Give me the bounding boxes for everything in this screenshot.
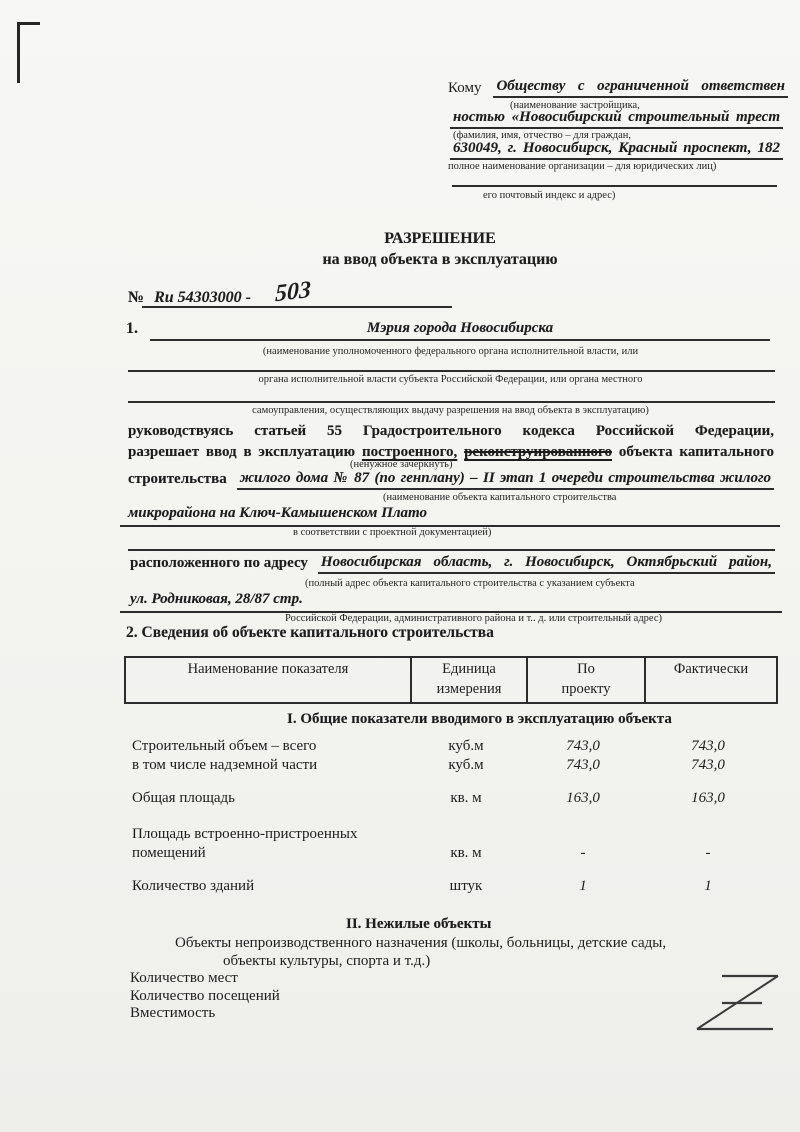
part2-subheading-1: Объекты непроизводственного назначения (…: [175, 935, 666, 952]
document-title: РАЗРЕШЕНИЕ на ввод объекта в эксплуатаци…: [80, 228, 800, 270]
number-printed: Ru 54303000 -: [154, 289, 251, 306]
row-unit: штук: [408, 877, 524, 896]
row-unit: куб.м: [408, 756, 524, 775]
table-header-project: По проекту: [526, 658, 644, 702]
row-unit: куб.м: [408, 737, 524, 756]
recipient-blank-line: [452, 185, 777, 187]
object-hint-2: в соответствии с проектной документацией…: [293, 527, 491, 538]
row-name: Общая площадь: [124, 789, 408, 808]
part1-heading: I. Общие показатели вводимого в эксплуат…: [287, 711, 672, 728]
object-name-line-2: микрорайона на Ключ-Камышенском Плато: [120, 505, 780, 527]
document-page: Кому Обществу с ограниченной ответствен …: [0, 0, 800, 1132]
section1-hint-2: органа исполнительной власти субъекта Ро…: [128, 374, 773, 385]
table-row: Строительный объем – всего куб.м 743,0 7…: [124, 737, 774, 756]
section1-hint-1: (наименование уполномоченного федерально…: [128, 346, 773, 357]
part2-subheading-2: объекты культуры, спорта и т.д.): [223, 953, 430, 970]
row-actual-value: 163,0: [642, 789, 774, 808]
table-header-name: Наименование показателя: [126, 658, 410, 702]
construction-line: строительства жилого дома № 87 (по генпл…: [128, 470, 774, 490]
construction-label: строительства: [128, 471, 227, 490]
part2-items: Количество мест Количество посещений Вме…: [130, 970, 280, 1023]
object-hint-1: (наименование объекта капитального строи…: [383, 492, 616, 503]
title-line-2: на ввод объекта в эксплуатацию: [80, 249, 800, 270]
address-hint-2: Российской Федерации, административного …: [285, 613, 662, 624]
row-unit: кв. м: [408, 789, 524, 808]
recipient-line-1: Кому Обществу с ограниченной ответствен: [448, 78, 788, 98]
address-line-1: расположенного по адресу Новосибирская о…: [130, 554, 775, 574]
permit-number-line: № Ru 54303000 - 503: [128, 283, 311, 307]
recipient-name-part1: Обществу с ограниченной ответствен: [493, 78, 788, 98]
permit-paragraph: руководствуясь статьей 55 Градостроитель…: [128, 421, 774, 463]
row-project-value: 743,0: [524, 737, 642, 756]
reconstructed-word-struck: реконструированного: [464, 444, 612, 460]
address-value-1: Новосибирская область, г. Новосибирск, О…: [318, 554, 775, 574]
number-handwritten: 503: [275, 278, 311, 307]
row-actual-value: 743,0: [642, 756, 774, 775]
table-row: Площадь встроенно-пристроенных помещений…: [124, 825, 774, 863]
separator-line: [128, 549, 775, 551]
row-actual-value: -: [642, 844, 774, 863]
part2-heading: II. Нежилые объекты: [346, 916, 491, 933]
recipient-hint-4: его почтовый индекс и адрес): [483, 190, 615, 201]
strike-hint: (ненужное зачеркнуть): [350, 459, 452, 470]
row-actual-value: 743,0: [642, 737, 774, 756]
table-row: Количество зданий штук 1 1: [124, 877, 774, 896]
row-actual-value: 1: [642, 877, 774, 896]
address-value-2: ул. Родниковая, 28/87 стр.: [120, 591, 782, 613]
table-row: в том числе надземной части куб.м 743,0 …: [124, 756, 774, 775]
blank-line-2: [128, 401, 775, 403]
recipient-hint-3: полное наименование организации – для юр…: [448, 161, 716, 172]
section2-heading: 2. Сведения об объекте капитального стро…: [126, 624, 494, 642]
row-project-value: 163,0: [524, 789, 642, 808]
row-name: Строительный объем – всего: [124, 737, 408, 756]
row-name: в том числе надземной части: [124, 756, 408, 775]
corner-crop-mark-icon: [17, 22, 40, 83]
recipient-address-line: 630049, г. Новосибирск, Красный проспект…: [450, 140, 783, 160]
table-header-actual: Фактически: [644, 658, 776, 702]
blank-line-1: [128, 370, 775, 372]
recipient-to-label: Кому: [448, 80, 481, 98]
number-symbol: №: [128, 289, 144, 306]
object-name-line-1: жилого дома № 87 (по генплану) – II этап…: [237, 470, 774, 490]
title-line-1: РАЗРЕШЕНИЕ: [80, 228, 800, 249]
row-project-value: 1: [524, 877, 642, 896]
built-word: построенного,: [362, 444, 457, 460]
indicators-table-header: Наименование показателя Единица измерени…: [124, 656, 778, 704]
paragraph-line2-suffix: объекта капитального: [619, 444, 774, 460]
list-item: Вместимость: [130, 1005, 280, 1023]
row-name: Площадь встроенно-пристроенных помещений: [124, 825, 408, 863]
list-item: Количество мест: [130, 970, 280, 988]
section1-number: 1.: [126, 320, 138, 338]
z-strikeout-mark-icon: [690, 968, 785, 1036]
address-label: расположенного по адресу: [130, 555, 308, 574]
issuing-authority: Мэрия города Новосибирска: [150, 320, 770, 341]
paragraph-line2-prefix: разрешает ввод в эксплуатацию: [128, 444, 355, 460]
address-hint-1: (полный адрес объекта капитального строи…: [305, 578, 635, 589]
list-item: Количество посещений: [130, 988, 280, 1006]
paragraph-line-1: руководствуясь статьей 55 Градостроитель…: [128, 421, 774, 442]
table-row: Общая площадь кв. м 163,0 163,0: [124, 789, 774, 808]
table-header-unit: Единица измерения: [410, 658, 526, 702]
row-unit: кв. м: [408, 844, 524, 863]
recipient-name-part2: ностью «Новосибирский строительный трест: [450, 109, 783, 129]
number-underline: [142, 306, 452, 308]
row-project-value: -: [524, 844, 642, 863]
section1-hint-3: самоуправления, осуществляющих выдачу ра…: [128, 405, 773, 416]
row-name: Количество зданий: [124, 877, 408, 896]
row-project-value: 743,0: [524, 756, 642, 775]
